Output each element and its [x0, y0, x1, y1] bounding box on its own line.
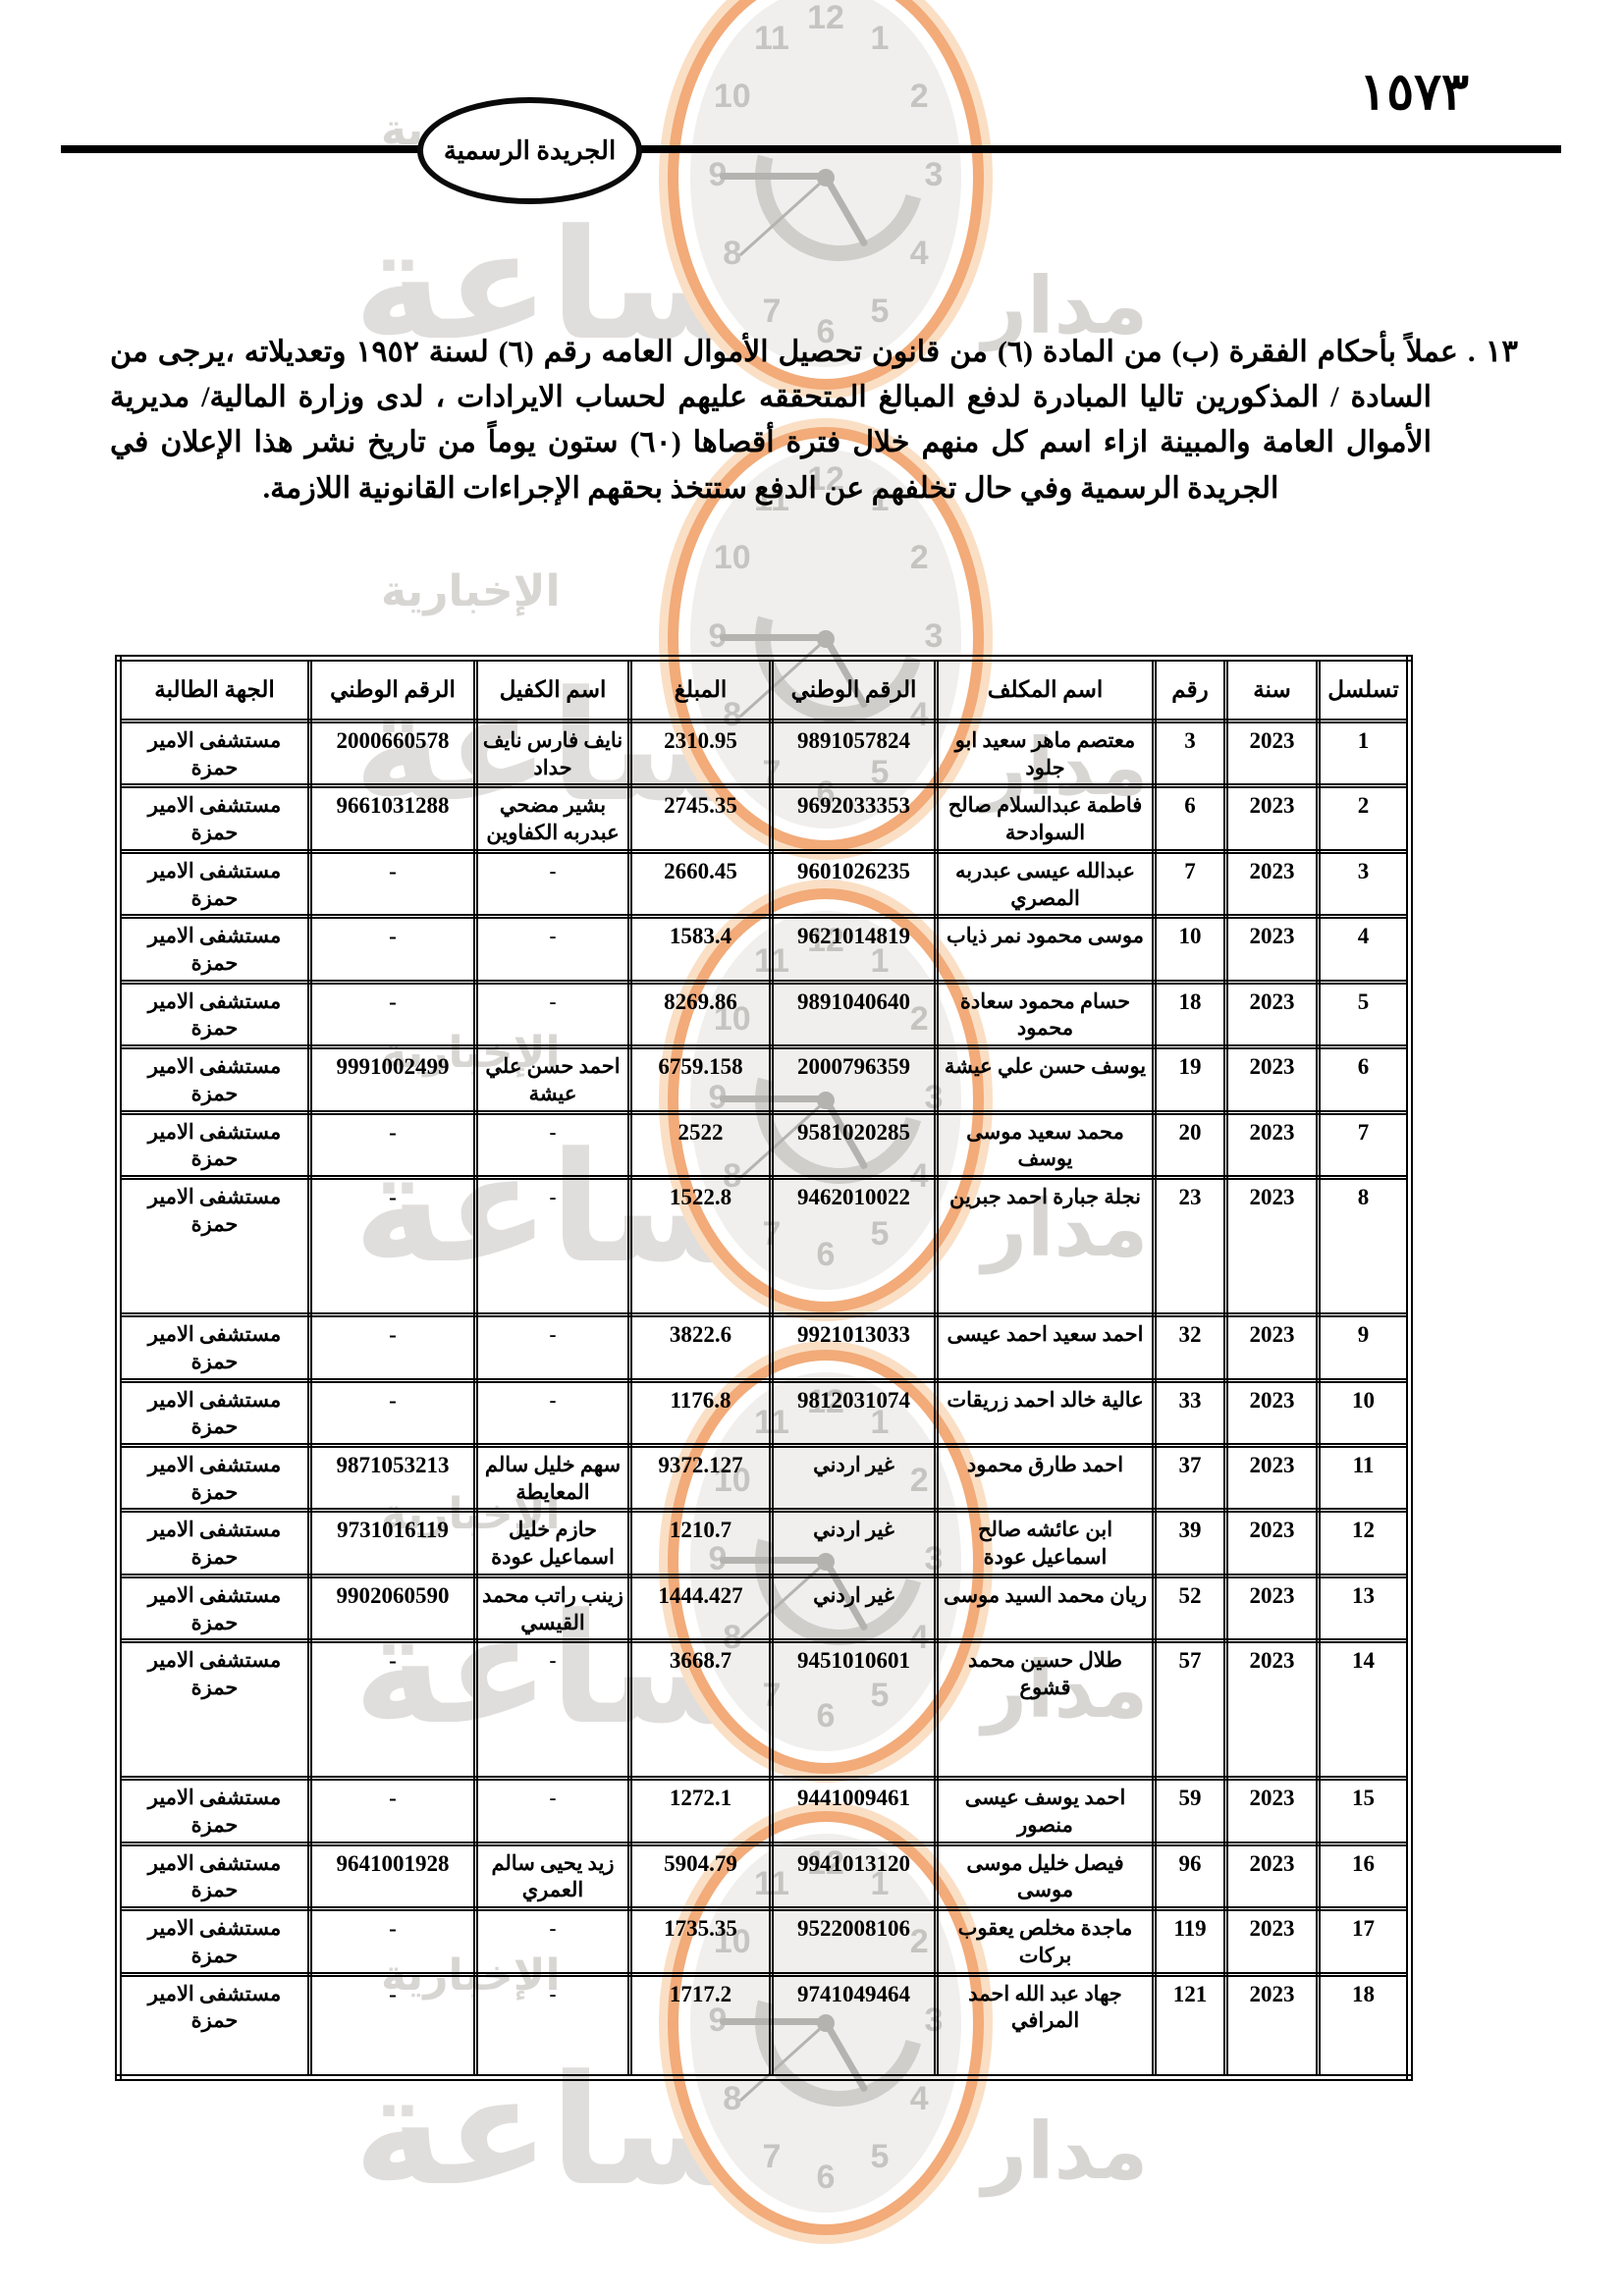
- cell-amount: 2660.45: [630, 851, 772, 916]
- cell-year: 2023: [1226, 982, 1319, 1046]
- cell-amount: 2745.35: [630, 786, 772, 851]
- cell-serial: 7: [1319, 1112, 1410, 1177]
- cell-guarantor-name: نايف فارس نايف حداد: [476, 721, 630, 786]
- cell-taxpayer-name: احمد يوسف عيسى منصور: [937, 1779, 1155, 1843]
- cell-taxpayer-national-id: 9441009461: [772, 1779, 937, 1843]
- cell-guarantor-national-id: 9871053213: [310, 1445, 476, 1510]
- cell-serial: 1: [1319, 721, 1410, 786]
- cell-requesting-entity: مستشفى الامير حمزة: [119, 1112, 310, 1177]
- cell-number: 23: [1155, 1178, 1226, 1315]
- cell-guarantor-national-id: 9731016119: [310, 1511, 476, 1575]
- cell-serial: 18: [1319, 1974, 1410, 2077]
- watermark-clock-hand: [720, 634, 826, 641]
- cell-amount: 6759.158: [630, 1047, 772, 1112]
- watermark-clock-number: 8: [713, 235, 752, 273]
- cell-serial: 4: [1319, 917, 1410, 982]
- cell-number: 10: [1155, 917, 1226, 982]
- cell-guarantor-name: -: [476, 982, 630, 1046]
- cell-serial: 3: [1319, 851, 1410, 916]
- cell-guarantor-name: زيد يحيى سالم العمري: [476, 1843, 630, 1908]
- cell-amount: 8269.86: [630, 982, 772, 1046]
- col-header-number: رقم: [1155, 659, 1226, 721]
- cell-guarantor-name: -: [476, 1909, 630, 1974]
- watermark-clock-number: 3: [914, 617, 953, 656]
- cell-number: 6: [1155, 786, 1226, 851]
- cell-guarantor-name: -: [476, 1178, 630, 1315]
- page-number: ١٥٧٣: [1359, 63, 1469, 122]
- cell-guarantor-national-id: -: [310, 982, 476, 1046]
- cell-number: 19: [1155, 1047, 1226, 1112]
- cell-serial: 9: [1319, 1315, 1410, 1380]
- cell-guarantor-national-id: -: [310, 1380, 476, 1445]
- watermark-clock-hand: [739, 177, 828, 256]
- cell-number: 33: [1155, 1380, 1226, 1445]
- cell-requesting-entity: مستشفى الامير حمزة: [119, 1178, 310, 1315]
- cell-taxpayer-national-id: 9692033353: [772, 786, 937, 851]
- cell-guarantor-name: سهم خليل سالم المعايطة: [476, 1445, 630, 1510]
- cell-requesting-entity: مستشفى الامير حمزة: [119, 786, 310, 851]
- cell-guarantor-national-id: 9991002499: [310, 1047, 476, 1112]
- cell-amount: 3668.7: [630, 1641, 772, 1779]
- cell-taxpayer-national-id: 9522008106: [772, 1909, 937, 1974]
- cell-requesting-entity: مستشفى الامير حمزة: [119, 917, 310, 982]
- gazette-page: الساعة121234567891011مدارالإخباريةالساعة…: [0, 0, 1624, 2296]
- header-divider-rule: [61, 145, 1561, 153]
- cell-year: 2023: [1226, 851, 1319, 916]
- watermark-clock-number: 4: [899, 2080, 939, 2118]
- table-row: 13202352ريان محمد السيد موسىغير اردني144…: [119, 1575, 1410, 1640]
- watermark-clock-center-dot: [817, 630, 835, 648]
- cell-number: 18: [1155, 982, 1226, 1046]
- cell-year: 2023: [1226, 1445, 1319, 1510]
- watermark-clock-hand: [720, 173, 826, 180]
- cell-amount: 1210.7: [630, 1511, 772, 1575]
- cell-taxpayer-national-id: 9451010601: [772, 1641, 937, 1779]
- cell-requesting-entity: مستشفى الامير حمزة: [119, 1641, 310, 1779]
- cell-guarantor-name: -: [476, 1641, 630, 1779]
- cell-number: 20: [1155, 1112, 1226, 1177]
- cell-guarantor-name: حازم خليل اسماعيل عودة: [476, 1511, 630, 1575]
- cell-requesting-entity: مستشفى الامير حمزة: [119, 1575, 310, 1640]
- cell-year: 2023: [1226, 1641, 1319, 1779]
- cell-serial: 12: [1319, 1511, 1410, 1575]
- cell-requesting-entity: مستشفى الامير حمزة: [119, 851, 310, 916]
- cell-taxpayer-name: نجلة جبارة احمد جبرين: [937, 1178, 1155, 1315]
- watermark-clock-number: 7: [752, 293, 791, 331]
- cell-taxpayer-name: ماجدة مخلص يعقوب بركات: [937, 1909, 1155, 1974]
- table-row: 4202310موسى محمود نمر ذياب96210148191583…: [119, 917, 1410, 982]
- watermark-clock-number: 2: [899, 78, 939, 116]
- watermark-logo-swoosh: [725, 62, 955, 293]
- cell-requesting-entity: مستشفى الامير حمزة: [119, 1974, 310, 2077]
- cell-year: 2023: [1226, 1112, 1319, 1177]
- cell-taxpayer-national-id: 9581020285: [772, 1112, 937, 1177]
- table-row: 11202337احمد طارق محمودغير اردني9372.127…: [119, 1445, 1410, 1510]
- cell-guarantor-name: -: [476, 1779, 630, 1843]
- cell-amount: 3822.6: [630, 1315, 772, 1380]
- cell-taxpayer-name: يوسف حسن علي عيشة: [937, 1047, 1155, 1112]
- cell-serial: 13: [1319, 1575, 1410, 1640]
- cell-taxpayer-name: حسام محمود سعادة محمود: [937, 982, 1155, 1046]
- cell-taxpayer-name: محمد سعيد موسى يوسف: [937, 1112, 1155, 1177]
- watermark-clock-center-dot: [817, 169, 835, 187]
- table-row: 9202332احمد سعيد احمد عيسى99210130333822…: [119, 1315, 1410, 1380]
- cell-year: 2023: [1226, 1511, 1319, 1575]
- cell-taxpayer-name: معتصم ماهر سعيد ابو جلود: [937, 721, 1155, 786]
- table-row: 220236فاطمة عبدالسلام صالح السوادحة96920…: [119, 786, 1410, 851]
- cell-requesting-entity: مستشفى الامير حمزة: [119, 982, 310, 1046]
- cell-amount: 2310.95: [630, 721, 772, 786]
- cell-taxpayer-national-id: 9462010022: [772, 1178, 937, 1315]
- cell-taxpayer-national-id: 9941013120: [772, 1843, 937, 1908]
- watermark-clock-number: 1: [860, 20, 899, 58]
- watermark-clock-number: 2: [899, 539, 939, 577]
- cell-amount: 9372.127: [630, 1445, 772, 1510]
- cell-guarantor-name: -: [476, 1112, 630, 1177]
- cell-guarantor-national-id: -: [310, 917, 476, 982]
- table-row: 10202333عالية خالد احمد زريقات9812031074…: [119, 1380, 1410, 1445]
- cell-year: 2023: [1226, 1779, 1319, 1843]
- watermark-clock-number: 9: [698, 617, 737, 656]
- cell-guarantor-national-id: -: [310, 851, 476, 916]
- cell-guarantor-national-id: 9641001928: [310, 1843, 476, 1908]
- cell-guarantor-name: -: [476, 1315, 630, 1380]
- table-row: 172023119ماجدة مخلص يعقوب بركات952200810…: [119, 1909, 1410, 1974]
- cell-serial: 10: [1319, 1380, 1410, 1445]
- notice-text: عملاً بأحكام الفقرة (ب) من المادة (٦) من…: [110, 336, 1458, 505]
- cell-year: 2023: [1226, 786, 1319, 851]
- watermark-clock-number: 9: [698, 156, 737, 194]
- notice-paragraph: ١٣ . عملاً بأحكام الفقرة (ب) من المادة (…: [110, 328, 1518, 511]
- cell-taxpayer-national-id: 9921013033: [772, 1315, 937, 1380]
- cell-taxpayer-name: ابن عائشه صالح اسماعيل عودة: [937, 1511, 1155, 1575]
- cell-taxpayer-name: احمد طارق محمود: [937, 1445, 1155, 1510]
- cell-number: 59: [1155, 1779, 1226, 1843]
- cell-taxpayer-national-id: 2000796359: [772, 1047, 937, 1112]
- col-header-guarantor-national-id: الرقم الوطني: [310, 659, 476, 721]
- watermark-clock-number: 10: [713, 78, 752, 116]
- cell-year: 2023: [1226, 1315, 1319, 1380]
- cell-number: 121: [1155, 1974, 1226, 2077]
- cell-number: 96: [1155, 1843, 1226, 1908]
- watermark-clock-number: 7: [752, 2138, 791, 2176]
- cell-amount: 1583.4: [630, 917, 772, 982]
- table-row: 8202323نجلة جبارة احمد جبرين946201002215…: [119, 1178, 1410, 1315]
- watermark-clock-number: 6: [806, 2159, 845, 2197]
- cell-amount: 2522: [630, 1112, 772, 1177]
- cell-taxpayer-name: طلال حسين محمد قشوع: [937, 1641, 1155, 1779]
- watermark-clock-number: 11: [752, 20, 791, 58]
- watermark-clock-number: 5: [860, 2138, 899, 2176]
- table-row: 15202359احمد يوسف عيسى منصور944100946112…: [119, 1779, 1410, 1843]
- watermark-clock-number: 4: [899, 235, 939, 273]
- cell-requesting-entity: مستشفى الامير حمزة: [119, 1315, 310, 1380]
- cell-guarantor-national-id: -: [310, 1779, 476, 1843]
- cell-taxpayer-name: موسى محمود نمر ذياب: [937, 917, 1155, 982]
- watermark-word-akhbaria: الإخبارية: [381, 566, 561, 616]
- cell-guarantor-national-id: -: [310, 1974, 476, 2077]
- cell-number: 39: [1155, 1511, 1226, 1575]
- table-row: 5202318حسام محمود سعادة محمود98910406408…: [119, 982, 1410, 1046]
- cell-requesting-entity: مستشفى الامير حمزة: [119, 1511, 310, 1575]
- cell-serial: 6: [1319, 1047, 1410, 1112]
- cell-requesting-entity: مستشفى الامير حمزة: [119, 1779, 310, 1843]
- cell-serial: 8: [1319, 1178, 1410, 1315]
- notice-item-number: ١٣ .: [1468, 334, 1518, 368]
- cell-year: 2023: [1226, 1575, 1319, 1640]
- cell-requesting-entity: مستشفى الامير حمزة: [119, 1909, 310, 1974]
- cell-guarantor-name: -: [476, 1380, 630, 1445]
- cell-taxpayer-national-id: 9601026235: [772, 851, 937, 916]
- cell-year: 2023: [1226, 1380, 1319, 1445]
- cell-taxpayer-name: ريان محمد السيد موسى: [937, 1575, 1155, 1640]
- watermark-clock-number: 12: [806, 0, 845, 37]
- cell-requesting-entity: مستشفى الامير حمزة: [119, 1047, 310, 1112]
- watermark-clock-number: 10: [713, 539, 752, 577]
- cell-guarantor-name: زينب راتب محمد القيسي: [476, 1575, 630, 1640]
- cell-year: 2023: [1226, 1178, 1319, 1315]
- cell-number: 57: [1155, 1641, 1226, 1779]
- cell-number: 3: [1155, 721, 1226, 786]
- cell-year: 2023: [1226, 721, 1319, 786]
- cell-amount: 1444.427: [630, 1575, 772, 1640]
- gazette-banner-oval: الجريدة الرسمية: [417, 97, 642, 204]
- cell-taxpayer-name: احمد سعيد احمد عيسى: [937, 1315, 1155, 1380]
- table-row: 6202319يوسف حسن علي عيشة20007963596759.1…: [119, 1047, 1410, 1112]
- cell-serial: 11: [1319, 1445, 1410, 1510]
- cell-taxpayer-national-id: 9621014819: [772, 917, 937, 982]
- cell-serial: 14: [1319, 1641, 1410, 1779]
- cell-requesting-entity: مستشفى الامير حمزة: [119, 1843, 310, 1908]
- cell-guarantor-national-id: -: [310, 1315, 476, 1380]
- cell-guarantor-national-id: 2000660578: [310, 721, 476, 786]
- cell-guarantor-name: بشير مضحي عبدربه الكفاوين: [476, 786, 630, 851]
- cell-requesting-entity: مستشفى الامير حمزة: [119, 1445, 310, 1510]
- watermark-clock-number: 8: [713, 2080, 752, 2118]
- cell-taxpayer-national-id: غير اردني: [772, 1445, 937, 1510]
- cell-guarantor-name: -: [476, 851, 630, 916]
- cell-guarantor-national-id: -: [310, 1178, 476, 1315]
- cell-taxpayer-national-id: غير اردني: [772, 1575, 937, 1640]
- table-row: 16202396فيصل خليل موسى موسى9941013120590…: [119, 1843, 1410, 1908]
- cell-number: 7: [1155, 851, 1226, 916]
- cell-serial: 17: [1319, 1909, 1410, 1974]
- cell-amount: 1717.2: [630, 1974, 772, 2077]
- cell-guarantor-name: احمد حسن علي عيشة: [476, 1047, 630, 1112]
- cell-year: 2023: [1226, 1843, 1319, 1908]
- cell-guarantor-national-id: -: [310, 1112, 476, 1177]
- table-row: 182023121جهاد عبد الله احمد المرافي97410…: [119, 1974, 1410, 2077]
- gazette-banner-label: الجريدة الرسمية: [444, 136, 616, 166]
- cell-guarantor-national-id: 9661031288: [310, 786, 476, 851]
- watermark-clock-number: 3: [914, 156, 953, 194]
- cell-number: 32: [1155, 1315, 1226, 1380]
- table-row: 14202357طلال حسين محمد قشوع9451010601366…: [119, 1641, 1410, 1779]
- cell-number: 37: [1155, 1445, 1226, 1510]
- cell-guarantor-name: -: [476, 917, 630, 982]
- col-header-national-id: الرقم الوطني: [772, 659, 937, 721]
- table-row: 120233معتصم ماهر سعيد ابو جلود9891057824…: [119, 721, 1410, 786]
- cell-serial: 5: [1319, 982, 1410, 1046]
- col-header-year: سنة: [1226, 659, 1319, 721]
- cell-amount: 1176.8: [630, 1380, 772, 1445]
- table-row: 12202339ابن عائشه صالح اسماعيل عودةغير ا…: [119, 1511, 1410, 1575]
- watermark-clock-number: 5: [860, 293, 899, 331]
- cell-year: 2023: [1226, 917, 1319, 982]
- cell-taxpayer-name: عالية خالد احمد زريقات: [937, 1380, 1155, 1445]
- cell-taxpayer-national-id: 9812031074: [772, 1380, 937, 1445]
- cell-taxpayer-national-id: 9891057824: [772, 721, 937, 786]
- table-row: 320237عبدالله عيسى عبدربه المصري96010262…: [119, 851, 1410, 916]
- cell-taxpayer-national-id: 9741049464: [772, 1974, 937, 2077]
- cell-requesting-entity: مستشفى الامير حمزة: [119, 721, 310, 786]
- cell-taxpayer-national-id: غير اردني: [772, 1511, 937, 1575]
- watermark-clock-hand: [823, 176, 868, 247]
- cell-taxpayer-national-id: 9891040640: [772, 982, 937, 1046]
- cell-year: 2023: [1226, 1047, 1319, 1112]
- cell-year: 2023: [1226, 1909, 1319, 1974]
- cell-guarantor-national-id: -: [310, 1641, 476, 1779]
- col-header-taxpayer-name: اسم المكلف: [937, 659, 1155, 721]
- cell-serial: 16: [1319, 1843, 1410, 1908]
- col-header-requesting-entity: الجهة الطالبة: [119, 659, 310, 721]
- cell-guarantor-name: -: [476, 1974, 630, 2077]
- cell-requesting-entity: مستشفى الامير حمزة: [119, 1380, 310, 1445]
- cell-guarantor-national-id: -: [310, 1909, 476, 1974]
- cell-number: 119: [1155, 1909, 1226, 1974]
- watermark-word-madar: مدار: [982, 2106, 1148, 2197]
- cell-amount: 5904.79: [630, 1843, 772, 1908]
- cell-taxpayer-name: فيصل خليل موسى موسى: [937, 1843, 1155, 1908]
- cell-serial: 2: [1319, 786, 1410, 851]
- cell-year: 2023: [1226, 1974, 1319, 2077]
- cell-serial: 15: [1319, 1779, 1410, 1843]
- cell-taxpayer-name: فاطمة عبدالسلام صالح السوادحة: [937, 786, 1155, 851]
- cell-amount: 1522.8: [630, 1178, 772, 1315]
- taxpayers-table: تسلسل سنة رقم اسم المكلف الرقم الوطني ال…: [115, 655, 1413, 2081]
- cell-number: 52: [1155, 1575, 1226, 1640]
- col-header-guarantor-name: اسم الكفيل: [476, 659, 630, 721]
- cell-taxpayer-name: جهاد عبد الله احمد المرافي: [937, 1974, 1155, 2077]
- cell-amount: 1272.1: [630, 1779, 772, 1843]
- table-header-row: تسلسل سنة رقم اسم المكلف الرقم الوطني ال…: [119, 659, 1410, 721]
- cell-guarantor-national-id: 9902060590: [310, 1575, 476, 1640]
- col-header-amount: المبلغ: [630, 659, 772, 721]
- col-header-serial: تسلسل: [1319, 659, 1410, 721]
- table-row: 7202320محمد سعيد موسى يوسف95810202852522…: [119, 1112, 1410, 1177]
- cell-taxpayer-name: عبدالله عيسى عبدربه المصري: [937, 851, 1155, 916]
- cell-amount: 1735.35: [630, 1909, 772, 1974]
